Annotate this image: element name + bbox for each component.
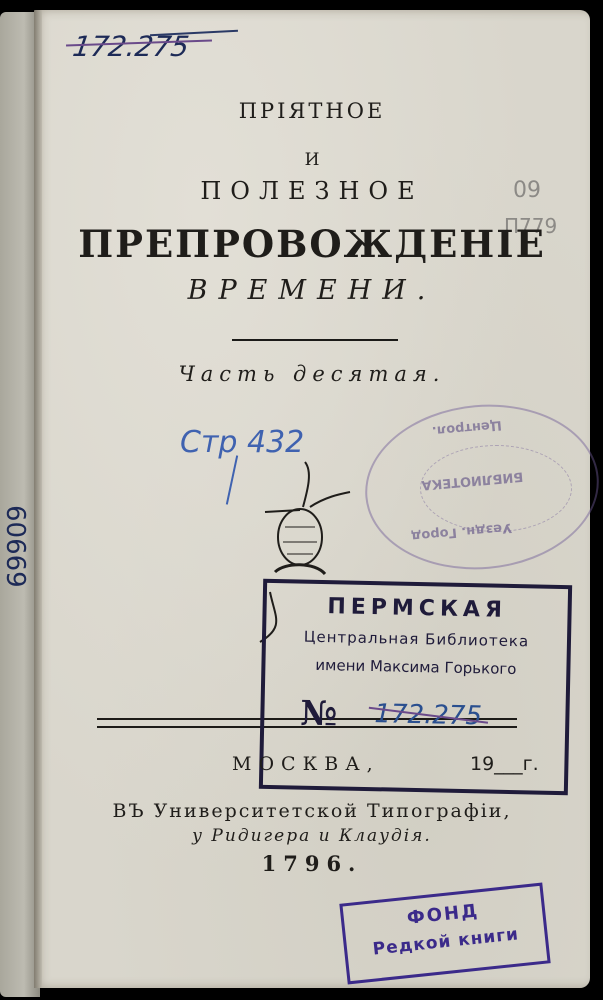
part-number: Часть десятая. — [34, 362, 590, 386]
imprint-year: 1796. — [34, 851, 590, 876]
side-number-handwritten: 60669 — [0, 505, 30, 588]
imprint-line-1: ВЪ Университетской Типографіи, — [34, 800, 590, 822]
title-line-1: ПРІЯТНОЕ — [34, 99, 590, 123]
imprint-place: МОСКВА, — [232, 753, 380, 775]
imprint-line-2: у Ридигера и Клаудія. — [34, 826, 590, 846]
library-stamp-line3: имени Максима Горького — [265, 655, 566, 679]
library-stamp-line1: ПЕРМСКАЯ — [266, 593, 567, 624]
title-line-5: ВРЕМЕНИ. — [34, 275, 590, 306]
title-line-3: ПОЛЕЗНОЕ — [34, 177, 590, 205]
stamp-year-field: 19___г. — [470, 753, 539, 775]
number-sign: № — [300, 694, 338, 735]
title-line-4: ПРЕПРОВОЖДЕНІЕ — [34, 222, 590, 266]
oval-stamp-top-text: Центрол. — [431, 417, 502, 438]
oval-stamp-inner-ring — [420, 445, 572, 532]
title-line-2: И — [34, 150, 590, 170]
title-divider-rule — [232, 339, 398, 341]
library-stamp-line2: Центральная Библиотека — [266, 627, 567, 651]
